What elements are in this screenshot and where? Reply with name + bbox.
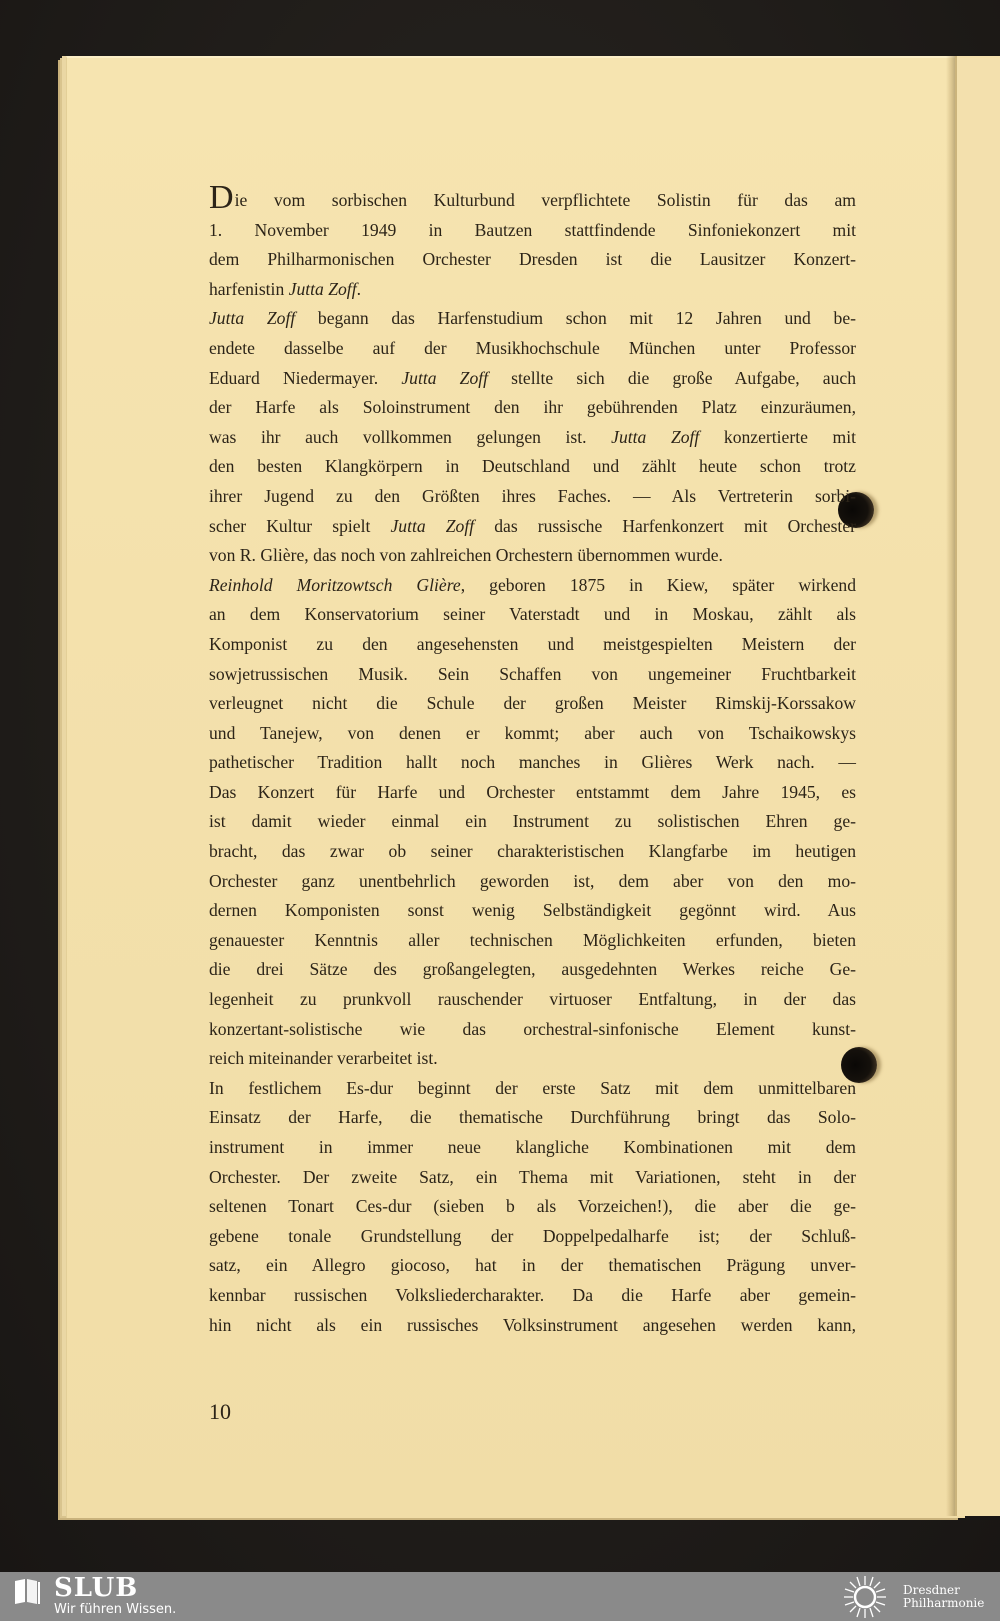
text-segment: und Tanejew, von denen er kommt; aber au… [209, 723, 856, 743]
text-segment: dernen Komponisten sonst wenig Selbständ… [209, 900, 856, 920]
text-segment: 1. November 1949 in Bautzen stattfindend… [209, 220, 856, 240]
text-line: hin nicht als ein russisches Volksinstru… [209, 1311, 856, 1341]
partner-name[interactable]: Dresdner Philharmonie [903, 1584, 984, 1610]
text-segment: Eduard Niedermayer. [209, 368, 401, 388]
italic-name: Jutta Zoff [401, 368, 488, 388]
fold-shadow [946, 56, 955, 1516]
text-line: die drei Sätze des großangelegten, ausge… [209, 955, 856, 985]
text-segment: was ihr auch vollkommen gelungen ist. [209, 427, 611, 447]
text-segment: . [357, 279, 361, 299]
text-segment: konzertant-solistische wie das orchestra… [209, 1019, 856, 1039]
text-segment: legenheit zu prunkvoll rauschender virtu… [209, 989, 856, 1009]
text-segment: pathetischer Tradition hallt noch manche… [209, 752, 856, 772]
text-line: den besten Klangkörpern in Deutschland u… [209, 452, 856, 482]
text-line: ihrer Jugend zu den Größten ihres Faches… [209, 482, 856, 512]
text-segment: Komponist zu den angesehensten und meist… [209, 634, 856, 654]
text-line: Einsatz der Harfe, die thematische Durch… [209, 1103, 856, 1133]
text-segment: an dem Konservatorium seiner Vaterstadt … [209, 604, 856, 624]
text-line: verleugnet nicht die Schule der großen M… [209, 689, 856, 719]
text-line: bracht, das zwar ob seiner charakteristi… [209, 837, 856, 867]
text-line: seltenen Tonart Ces-dur (sieben b als Vo… [209, 1192, 856, 1222]
text-segment: satz, ein Allegro giocoso, hat in der th… [209, 1255, 856, 1275]
italic-name: Jutta Zoff [209, 308, 295, 328]
italic-name: Jutta Zoff [289, 279, 357, 299]
text-segment: In festlichem Es-dur beginnt der erste S… [209, 1078, 856, 1098]
text-segment: instrument in immer neue klangliche Komb… [209, 1137, 856, 1157]
text-segment: reich miteinander verarbeitet ist. [209, 1048, 438, 1068]
library-name[interactable]: SLUB [54, 1573, 138, 1603]
text-line: Die vom sorbischen Kulturbund verpflicht… [209, 186, 856, 216]
text-segment: , geboren 1875 in Kiew, später wirkend [461, 575, 856, 595]
text-line: Eduard Niedermayer. Jutta Zoff stellte s… [209, 364, 856, 394]
text-line: was ihr auch vollkommen gelungen ist. Ju… [209, 423, 856, 453]
page-number: 10 [209, 1399, 231, 1425]
text-segment: seltenen Tonart Ces-dur (sieben b als Vo… [209, 1196, 856, 1216]
text-segment: stellte sich die große Aufgabe, auch [488, 368, 856, 388]
text-segment: harfenistin [209, 279, 289, 299]
text-line: endete dasselbe auf der Musikhochschule … [209, 334, 856, 364]
drop-cap: D [209, 179, 234, 216]
text-line: dernen Komponisten sonst wenig Selbständ… [209, 896, 856, 926]
italic-name: Jutta Zoff [390, 516, 474, 536]
text-segment: von R. Glière, das noch von zahlreichen … [209, 545, 723, 565]
text-segment: konzertierte mit [699, 427, 856, 447]
text-segment: ihrer Jugend zu den Größten ihres Faches… [209, 486, 856, 506]
text-segment: bracht, das zwar ob seiner charakteristi… [209, 841, 856, 861]
text-line: 1. November 1949 in Bautzen stattfindend… [209, 216, 856, 246]
text-line: dem Philharmonischen Orchester Dresden i… [209, 245, 856, 275]
text-line: genauester Kenntnis aller technischen Mö… [209, 926, 856, 956]
text-segment: genauester Kenntnis aller technischen Mö… [209, 930, 856, 950]
adjacent-page-edge [955, 56, 1000, 1516]
text-segment: sowjetrussischen Musik. Sein Schaffen vo… [209, 664, 856, 684]
text-segment: Orchester ganz unentbehrlich geworden is… [209, 871, 856, 891]
text-line: Orchester. Der zweite Satz, ein Thema mi… [209, 1163, 856, 1193]
text-line: kennbar russischen Volksliedercharakter.… [209, 1281, 856, 1311]
text-line: In festlichem Es-dur beginnt der erste S… [209, 1074, 856, 1104]
text-line: Reinhold Moritzowtsch Glière, geboren 18… [209, 571, 856, 601]
text-segment: Das Konzert für Harfe und Orchester ents… [209, 782, 856, 802]
text-segment: scher Kultur spielt [209, 516, 390, 536]
text-segment: der Harfe als Soloinstrument den ihr geb… [209, 397, 856, 417]
footer-bar: SLUB Wir führen Wissen. Dresdner Philhar… [0, 1572, 1000, 1621]
text-line: Jutta Zoff begann das Harfenstudium scho… [209, 304, 856, 334]
text-line: von R. Glière, das noch von zahlreichen … [209, 541, 856, 571]
text-segment: Orchester. Der zweite Satz, ein Thema mi… [209, 1167, 856, 1187]
text-segment: das russische Harfenkonzert mit Orcheste… [474, 516, 856, 536]
italic-name: Reinhold Moritzowtsch Glière [209, 575, 461, 595]
text-line: legenheit zu prunkvoll rauschender virtu… [209, 985, 856, 1015]
text-line: pathetischer Tradition hallt noch manche… [209, 748, 856, 778]
text-line: Orchester ganz unentbehrlich geworden is… [209, 867, 856, 897]
text-line: Das Konzert für Harfe und Orchester ents… [209, 778, 856, 808]
text-line: an dem Konservatorium seiner Vaterstadt … [209, 600, 856, 630]
text-line: sowjetrussischen Musik. Sein Schaffen vo… [209, 660, 856, 690]
text-line: konzertant-solistische wie das orchestra… [209, 1015, 856, 1045]
text-segment: endete dasselbe auf der Musikhochschule … [209, 338, 856, 358]
text-line: gebene tonale Grundstellung der Doppelpe… [209, 1222, 856, 1252]
text-segment: hin nicht als ein russisches Volksinstru… [209, 1315, 856, 1335]
sunburst-logo-icon[interactable] [842, 1574, 888, 1620]
text-segment: ie vom sorbischen Kulturbund verpflichte… [235, 190, 856, 210]
partner-name-line2: Philharmonie [903, 1597, 984, 1610]
library-tagline: Wir führen Wissen. [54, 1602, 176, 1617]
text-segment: die drei Sätze des großangelegten, ausge… [209, 959, 856, 979]
text-segment: gebene tonale Grundstellung der Doppelpe… [209, 1226, 856, 1246]
body-text: Die vom sorbischen Kulturbund verpflicht… [209, 186, 856, 1340]
text-line: reich miteinander verarbeitet ist. [209, 1044, 856, 1074]
text-segment: kennbar russischen Volksliedercharakter.… [209, 1285, 856, 1305]
text-line: instrument in immer neue klangliche Komb… [209, 1133, 856, 1163]
text-line: Komponist zu den angesehensten und meist… [209, 630, 856, 660]
text-line: satz, ein Allegro giocoso, hat in der th… [209, 1251, 856, 1281]
text-line: scher Kultur spielt Jutta Zoff das russi… [209, 512, 856, 542]
text-segment: begann das Harfenstudium schon mit 12 Ja… [295, 308, 856, 328]
text-segment: Einsatz der Harfe, die thematische Durch… [209, 1107, 856, 1127]
text-segment: verleugnet nicht die Schule der großen M… [209, 693, 856, 713]
book-icon [13, 1578, 41, 1604]
text-segment: ist damit wieder einmal ein Instrument z… [209, 811, 856, 831]
text-line: und Tanejew, von denen er kommt; aber au… [209, 719, 856, 749]
text-line: der Harfe als Soloinstrument den ihr geb… [209, 393, 856, 423]
italic-name: Jutta Zoff [611, 427, 699, 447]
text-line: harfenistin Jutta Zoff. [209, 275, 856, 305]
text-segment: den besten Klangkörpern in Deutschland u… [209, 456, 856, 476]
text-segment: dem Philharmonischen Orchester Dresden i… [209, 249, 856, 269]
text-line: ist damit wieder einmal ein Instrument z… [209, 807, 856, 837]
